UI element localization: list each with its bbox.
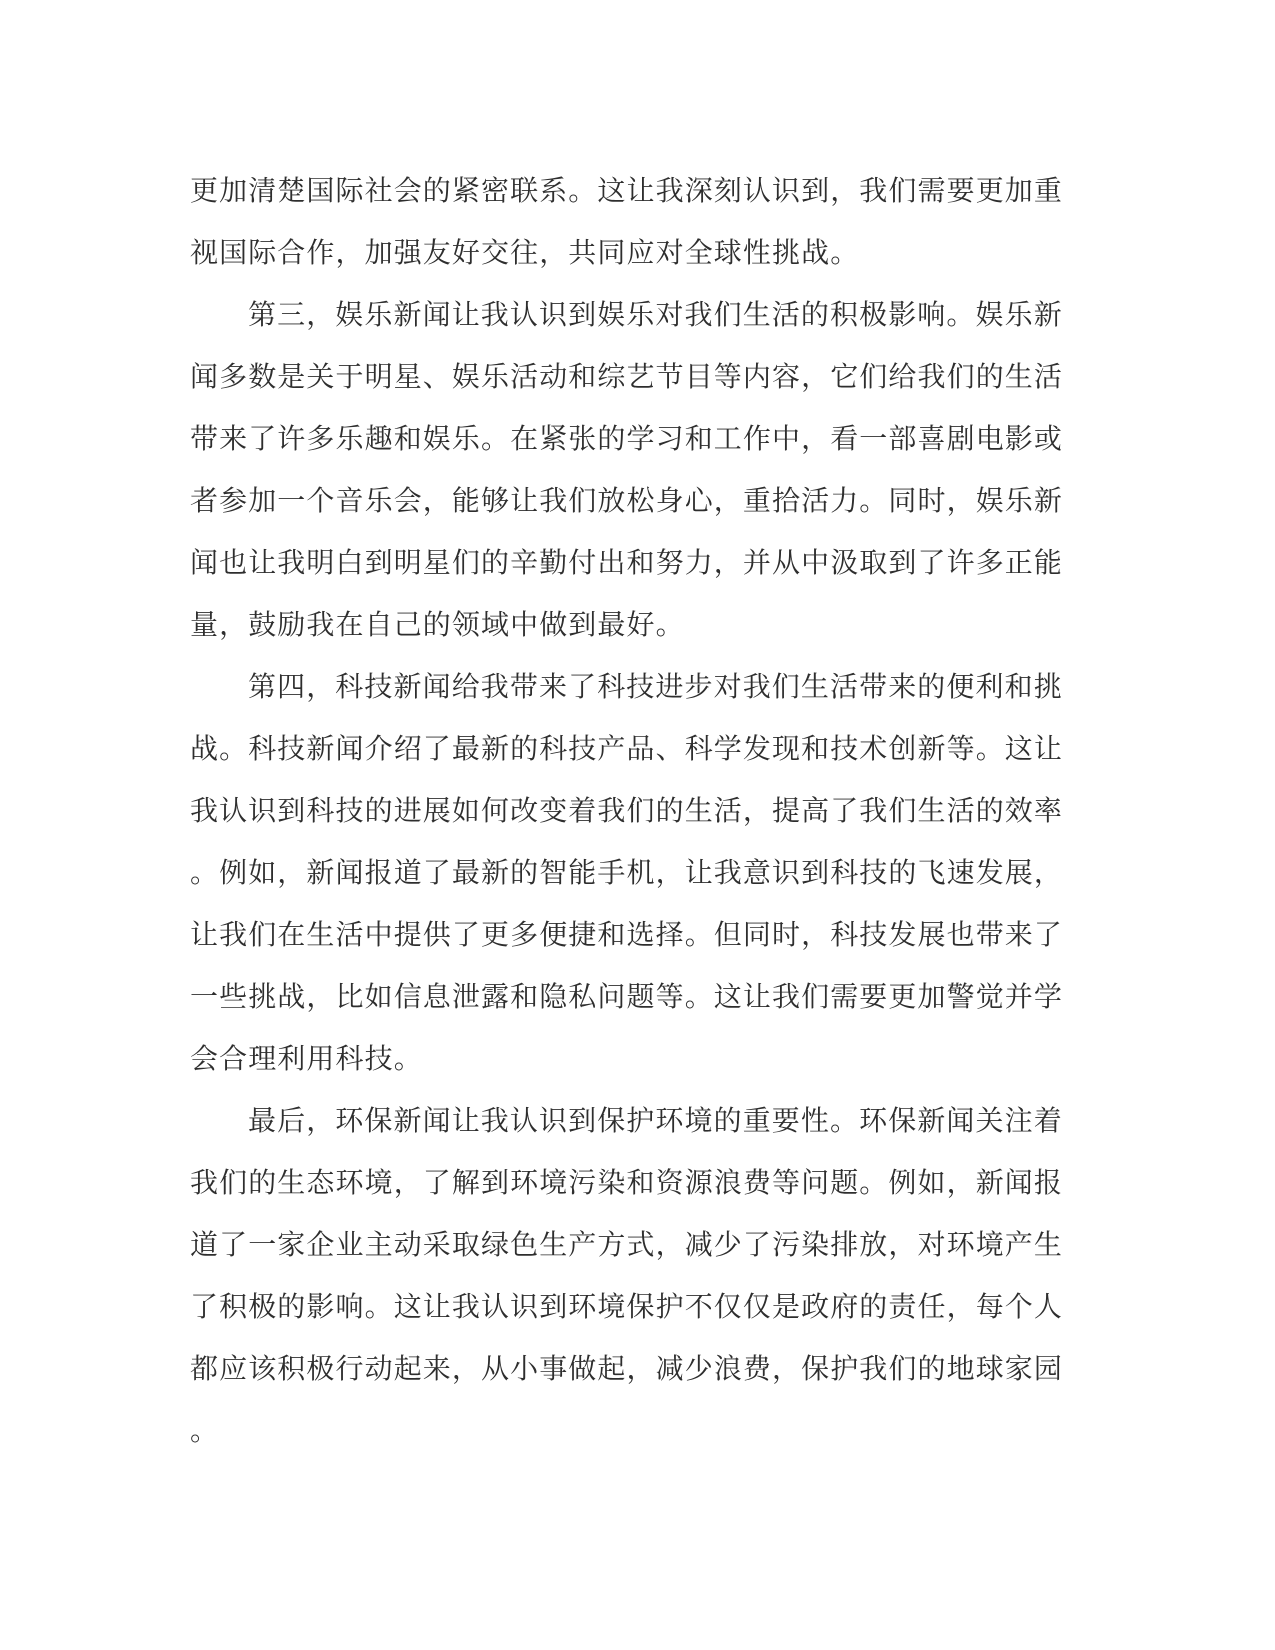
document-body: 更加清楚国际社会的紧密联系。这让我深刻认识到，我们需要更加重视国际合作，加强友好…: [190, 161, 1062, 1463]
paragraph: 最后，环保新闻让我认识到保护环境的重要性。环保新闻关注着我们的生态环境，了解到环…: [190, 1091, 1062, 1463]
text-line: 第四，科技新闻给我带来了科技进步对我们生活带来的便利和挑: [190, 657, 1062, 719]
text-line: 最后，环保新闻让我认识到保护环境的重要性。环保新闻关注着: [190, 1091, 1062, 1153]
text-line: 我们的生态环境，了解到环境污染和资源浪费等问题。例如，新闻报: [190, 1153, 1062, 1215]
document-page: 更加清楚国际社会的紧密联系。这让我深刻认识到，我们需要更加重视国际合作，加强友好…: [0, 0, 1275, 1650]
text-line: 视国际合作，加强友好交往，共同应对全球性挑战。: [190, 223, 1062, 285]
text-line: 都应该积极行动起来，从小事做起，减少浪费，保护我们的地球家园: [190, 1339, 1062, 1401]
text-line: 者参加一个音乐会，能够让我们放松身心，重拾活力。同时，娱乐新: [190, 471, 1062, 533]
paragraph: 第三，娱乐新闻让我认识到娱乐对我们生活的积极影响。娱乐新闻多数是关于明星、娱乐活…: [190, 285, 1062, 657]
text-line: 让我们在生活中提供了更多便捷和选择。但同时，科技发展也带来了: [190, 905, 1062, 967]
text-line: 带来了许多乐趣和娱乐。在紧张的学习和工作中，看一部喜剧电影或: [190, 409, 1062, 471]
text-line: 闻多数是关于明星、娱乐活动和综艺节目等内容，它们给我们的生活: [190, 347, 1062, 409]
text-line: 我认识到科技的进展如何改变着我们的生活，提高了我们生活的效率: [190, 781, 1062, 843]
text-line: 一些挑战，比如信息泄露和隐私问题等。这让我们需要更加警觉并学: [190, 967, 1062, 1029]
text-line: 。例如，新闻报道了最新的智能手机，让我意识到科技的飞速发展，: [190, 843, 1062, 905]
text-line: 道了一家企业主动采取绿色生产方式，减少了污染排放，对环境产生: [190, 1215, 1062, 1277]
text-line: 会合理利用科技。: [190, 1029, 1062, 1091]
paragraph: 更加清楚国际社会的紧密联系。这让我深刻认识到，我们需要更加重视国际合作，加强友好…: [190, 161, 1062, 285]
text-line: 战。科技新闻介绍了最新的科技产品、科学发现和技术创新等。这让: [190, 719, 1062, 781]
text-line: 了积极的影响。这让我认识到环境保护不仅仅是政府的责任，每个人: [190, 1277, 1062, 1339]
paragraph: 第四，科技新闻给我带来了科技进步对我们生活带来的便利和挑战。科技新闻介绍了最新的…: [190, 657, 1062, 1091]
text-line: 更加清楚国际社会的紧密联系。这让我深刻认识到，我们需要更加重: [190, 161, 1062, 223]
text-line: 闻也让我明白到明星们的辛勤付出和努力，并从中汲取到了许多正能: [190, 533, 1062, 595]
text-line: 量，鼓励我在自己的领域中做到最好。: [190, 595, 1062, 657]
text-line: 第三，娱乐新闻让我认识到娱乐对我们生活的积极影响。娱乐新: [190, 285, 1062, 347]
text-line: 。: [190, 1401, 1062, 1463]
